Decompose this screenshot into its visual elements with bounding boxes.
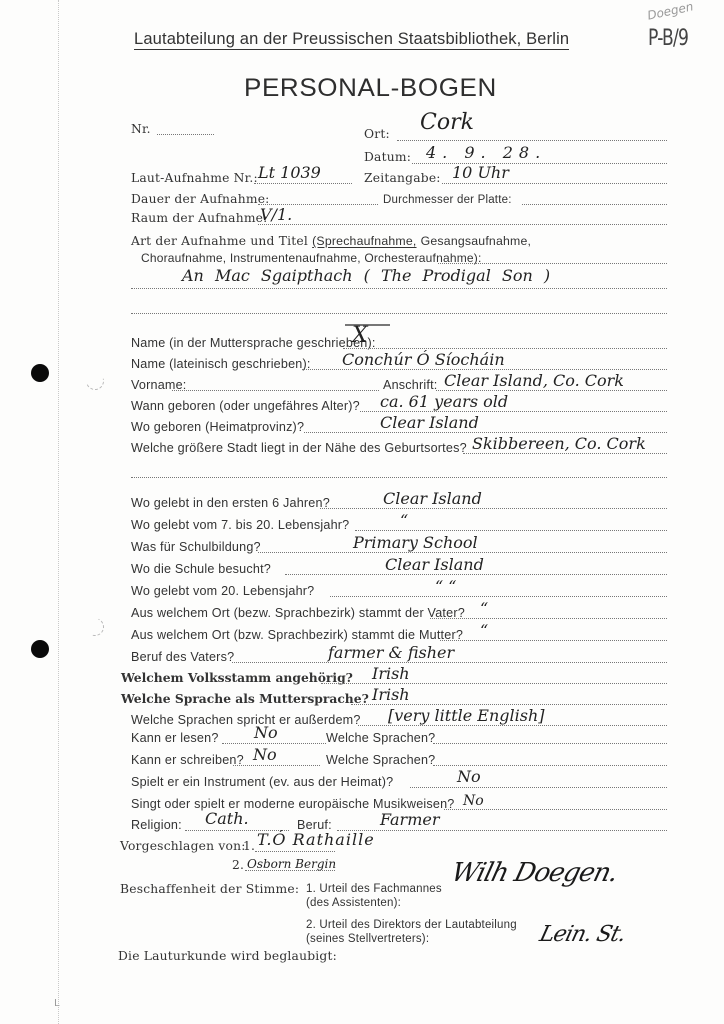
speaker-row-label: Aus welchem Ort (bzw. Sprachbezirk) stam… [131, 628, 463, 642]
speaker-row-field[interactable] [355, 530, 667, 531]
speaker-row-value: Primary School [353, 535, 478, 551]
ort-field[interactable] [397, 140, 667, 141]
speaker-row-field[interactable] [358, 725, 667, 726]
raum-label: Raum der Aufnahme: [131, 211, 268, 225]
speaker-row-field[interactable] [463, 453, 667, 454]
speaker-row-field[interactable] [304, 432, 667, 433]
musik-value: No [463, 793, 484, 809]
judgement-1-signature: Wilh Doegen. [450, 865, 619, 881]
speaker-row-field[interactable] [320, 508, 667, 509]
proposal-value-2: Osborn Bergin [247, 856, 336, 872]
proposal-number-1: 1. [243, 839, 255, 853]
speaker-row-label: Welchem Volksstamm angehörig? [121, 671, 353, 685]
judgement-2-line1: 2. Urteil des Direktors der Lautabteilun… [306, 918, 517, 932]
lesen-value: No [254, 725, 278, 741]
religion-value: Cath. [205, 811, 249, 827]
datum-label: Datum: [364, 150, 411, 164]
speaker-row-field[interactable] [285, 574, 667, 575]
speaker-row-value: Clear Island [380, 415, 479, 431]
form-title: PERSONAL-BOGEN [244, 74, 497, 103]
beglaubigt-label: Die Lauturkunde wird beglaubigt: [118, 949, 337, 963]
speaker-row-value: “ [400, 513, 408, 529]
corner-mark: L [54, 998, 60, 1009]
title-field-line1[interactable] [131, 288, 667, 289]
speaker-row-label: Wann geboren (oder ungefähres Alter)? [131, 399, 360, 413]
proposal-number-2: 2. [232, 858, 244, 872]
speaker-row-value: Irish [372, 666, 410, 682]
proposal-value-1: T.Ó Rathaille [257, 832, 375, 848]
speaker-row-field[interactable] [232, 662, 667, 663]
speaker-row-field[interactable] [436, 390, 667, 391]
proposal-label: Vorgeschlagen von: [120, 839, 246, 853]
speaker-row-value: Skibbereen, Co. Cork [472, 436, 646, 452]
speaker-row-label: Wo gelebt vom 7. bis 20. Lebensjahr? [131, 518, 349, 532]
durchmesser-label: Durchmesser der Platte: [383, 193, 512, 207]
laut-nr-field[interactable] [254, 183, 352, 184]
punch-hole [31, 364, 49, 382]
judgement-1-line2: (des Assistenten): [306, 896, 401, 910]
raum-field[interactable] [258, 224, 667, 225]
speaker-row-field[interactable] [360, 411, 667, 412]
lesen-sprachen-field[interactable] [433, 743, 667, 744]
speaker-row-value: Clear Island [385, 557, 484, 573]
art-label-text: Art der Aufnahme und Titel [131, 234, 308, 248]
beruf-field[interactable] [337, 830, 667, 831]
zeit-field[interactable] [442, 183, 667, 184]
judgement-2-signature: Lein. St. [538, 927, 627, 943]
punch-hole [31, 640, 49, 658]
schreiben-label: Kann er schreiben? [131, 753, 244, 767]
art-field[interactable] [438, 263, 667, 264]
speaker-row-label: Wo gelebt vom 20. Lebensjahr? [131, 584, 314, 598]
schreiben-sprachen-field[interactable] [433, 765, 667, 766]
speaker-row-value: Clear Island [383, 491, 482, 507]
speaker-row-label: Name (lateinisch geschrieben): [131, 357, 311, 371]
zeit-value: 10 Uhr [452, 165, 509, 181]
speaker-row-field[interactable] [430, 618, 667, 619]
speaker-row-label: Anschrift: [383, 378, 438, 392]
speaker-row-field[interactable] [258, 552, 667, 553]
schreiben-field[interactable] [233, 765, 320, 766]
paper-mark [83, 615, 106, 638]
speaker-row-field[interactable] [343, 348, 667, 349]
schreiben-value: No [253, 747, 277, 763]
lesen-field[interactable] [222, 743, 326, 744]
laut-nr-value: Lt 1039 [258, 165, 321, 181]
datum-field[interactable] [412, 163, 667, 164]
art-label: Art der Aufnahme und Titel (Sprechaufnah… [131, 234, 531, 248]
speaker-row-field[interactable] [321, 683, 667, 684]
perforation-line [58, 0, 59, 1024]
speaker-row-value: “ “ [435, 579, 456, 595]
judgement-1-line1: 1. Urteil des Fachmannes [306, 882, 442, 896]
speaker-row-value: [very little English] [388, 708, 545, 724]
speaker-row-value: ca. 61 years old [380, 394, 508, 410]
ort-value: Cork [420, 115, 474, 131]
speaker-row-value: “ [480, 601, 488, 617]
speaker-row-value: Irish [372, 687, 410, 703]
voice-label: Beschaffenheit der Stimme: [120, 882, 299, 896]
proposal-field-1[interactable] [255, 851, 335, 852]
musik-field[interactable] [444, 809, 667, 810]
title-value: An Mac Sgaipthach ( The Prodigal Son ) [182, 268, 550, 284]
speaker-row-label: Welche Sprache als Muttersprache? [121, 692, 369, 706]
speaker-row-field[interactable] [172, 390, 379, 391]
art-selected-option: (Sprechaufnahme, [312, 234, 416, 248]
datum-value: 4. 9. 28. [426, 145, 546, 161]
form-page: L Lautabteilung an der Preussischen Staa… [0, 0, 724, 1024]
instrument-value: No [457, 769, 481, 785]
raum-value: V/1. [260, 207, 292, 223]
art-options-line1: Gesangsaufnahme, [421, 234, 532, 248]
speaker-row-field[interactable] [330, 596, 667, 597]
speaker-row-label: Aus welchem Ort (bezw. Sprachbezirk) sta… [131, 606, 465, 620]
nr-field[interactable] [157, 134, 214, 135]
dauer-label: Dauer der Aufnahme: [131, 192, 270, 206]
art-options-line2: Choraufnahme, Instrumentenaufnahme, Orch… [141, 251, 482, 265]
speaker-row-field[interactable] [302, 369, 667, 370]
religion-label: Religion: [131, 818, 182, 832]
speaker-row-value: farmer & fisher [328, 645, 454, 661]
instrument-label: Spielt er ein Instrument (ev. aus der He… [131, 775, 393, 789]
speaker-row-value: X [352, 328, 368, 344]
musik-label: Singt oder spielt er moderne europäische… [131, 797, 455, 811]
speaker-row-label: Wo die Schule besucht? [131, 562, 271, 576]
speaker-row-label: Welche größere Stadt liegt in der Nähe d… [131, 441, 467, 455]
beruf-value: Farmer [380, 812, 440, 828]
speaker-row-field[interactable] [440, 640, 667, 641]
speaker-row-label: Name (in der Muttersprache geschrieben): [131, 336, 376, 350]
lesen-sprachen-label: Welche Sprachen? [326, 731, 435, 745]
durchmesser-field[interactable] [522, 204, 667, 205]
speaker-row-field[interactable] [351, 704, 667, 705]
ort-label: Ort: [364, 127, 390, 141]
speaker-row-label: Welche Sprachen spricht er außerdem? [131, 713, 361, 727]
title-field-line2[interactable] [131, 313, 667, 314]
laut-nr-label: Laut-Aufnahme Nr.: [131, 171, 258, 185]
instrument-field[interactable] [410, 787, 667, 788]
speaker-row-label: Was für Schulbildung? [131, 540, 261, 554]
speaker-row-label: Wo geboren (Heimatprovinz)? [131, 420, 304, 434]
archive-code: P-B/9 [648, 26, 688, 51]
speaker-row-label: Beruf des Vaters? [131, 650, 234, 664]
speaker-row-label: Wo gelebt in den ersten 6 Jahren? [131, 496, 330, 510]
speaker-row-value: Clear Island, Co. Cork [444, 373, 624, 389]
archive-note: Doegen [646, 0, 694, 23]
lesen-label: Kann er lesen? [131, 731, 219, 745]
paper-mark [83, 369, 108, 394]
judgement-2-line2: (seines Stellvertreters): [306, 932, 429, 946]
speaker-row-value: Conchúr Ó Síocháin [342, 352, 505, 368]
zeit-label: Zeitangabe: [364, 171, 441, 185]
speaker-extra-line[interactable] [131, 477, 667, 478]
nr-label: Nr. [131, 122, 151, 136]
schreiben-sprachen-label: Welche Sprachen? [326, 753, 435, 767]
speaker-row-value: “ [480, 623, 488, 639]
institute-heading: Lautabteilung an der Preussischen Staats… [134, 30, 569, 50]
